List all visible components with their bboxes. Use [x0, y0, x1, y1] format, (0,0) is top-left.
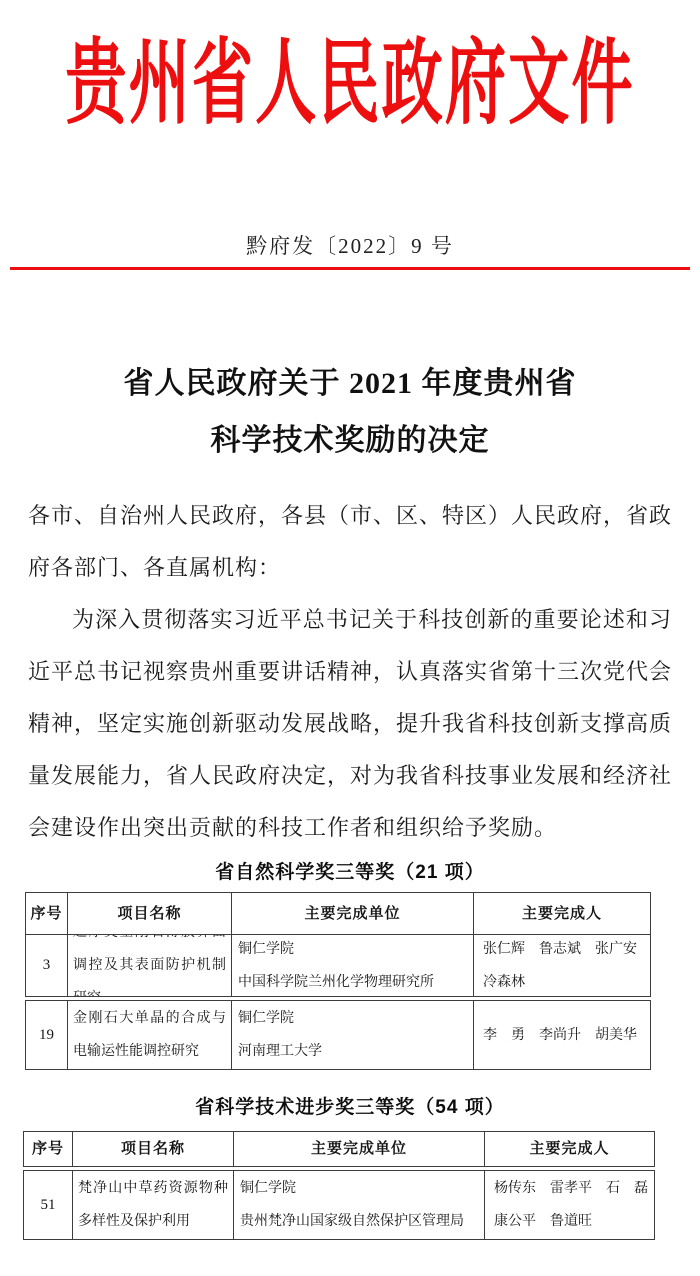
cell-units: 铜仁学院 中国科学院兰州化学物理研究所 [232, 935, 474, 996]
document-body: 各市、自治州人民政府，各县（市、区、特区）人民政府，省政府各部门、各直属机构： … [28, 490, 672, 854]
cell-serial: 51 [24, 1171, 73, 1239]
header-cell-project: 项目名称 [68, 893, 232, 934]
document-title-line2: 科学技术奖励的决定 [0, 412, 700, 469]
section1-title: 省自然科学奖三等奖（21 项） [0, 857, 700, 884]
unit-line: 中国科学院兰州化学物理研究所 [238, 966, 467, 997]
salutation: 各市、自治州人民政府，各县（市、区、特区）人民政府，省政府各部门、各直属机构： [28, 490, 672, 594]
cell-units: 铜仁学院 贵州梵净山国家级自然保护区管理局 [234, 1171, 485, 1239]
header-cell-people: 主要完成人 [474, 893, 650, 934]
person-line: 杨传东 雷孝平 石 磊 [494, 1172, 645, 1205]
person-line: 冷森林 [483, 966, 641, 997]
person-line: 张仁辉 鲁志斌 张广安 [483, 935, 641, 966]
sci-tech-progress-awards-table: 序号 项目名称 主要完成单位 主要完成人 51 梵净山中草药资源物种多样性及保护… [23, 1131, 655, 1240]
document-title-line1: 省人民政府关于 2021 年度贵州省 [0, 355, 700, 412]
cell-units: 铜仁学院 河南理工大学 [232, 1001, 474, 1069]
body-paragraph: 为深入贯彻落实习近平总书记关于科技创新的重要论述和习近平总书记视察贵州重要讲话精… [28, 594, 672, 854]
cell-people: 李 勇 李尚升 胡美华 [474, 1001, 650, 1069]
header-cell-serial: 序号 [26, 893, 68, 934]
unit-line: 铜仁学院 [238, 935, 467, 966]
section2-title: 省科学技术进步奖三等奖（54 项） [0, 1092, 700, 1119]
table-row: 51 梵净山中草药资源物种多样性及保护利用 铜仁学院 贵州梵净山国家级自然保护区… [24, 1171, 654, 1239]
natural-science-awards-table: 序号 项目名称 主要完成单位 主要完成人 3 超厚类金刚石薄膜界面调控及其表面防… [25, 892, 651, 1070]
header-cell-project: 项目名称 [73, 1132, 234, 1166]
red-divider [10, 267, 690, 270]
table-block: 19 金刚石大单晶的合成与电输运性能调控研究 铜仁学院 河南理工大学 李 勇 李… [25, 1000, 651, 1070]
cell-serial: 19 [26, 1001, 68, 1069]
table-row: 19 金刚石大单晶的合成与电输运性能调控研究 铜仁学院 河南理工大学 李 勇 李… [26, 1001, 650, 1069]
table-block: 51 梵净山中草药资源物种多样性及保护利用 铜仁学院 贵州梵净山国家级自然保护区… [23, 1170, 655, 1240]
cell-serial: 3 [26, 935, 68, 996]
masthead: 贵州省人民政府文件 [0, 32, 700, 136]
cell-project: 金刚石大单晶的合成与电输运性能调控研究 [68, 1001, 232, 1069]
doc-number: 黔府发〔2022〕9 号 [0, 230, 700, 260]
cell-project: 超厚类金刚石薄膜界面调控及其表面防护机制研究 [68, 935, 232, 996]
document-title: 省人民政府关于 2021 年度贵州省 科学技术奖励的决定 [0, 355, 700, 469]
document-page: 贵州省人民政府文件 黔府发〔2022〕9 号 省人民政府关于 2021 年度贵州… [0, 0, 700, 1276]
cell-people: 杨传东 雷孝平 石 磊 康公平 鲁道旺 [485, 1171, 654, 1239]
header-cell-people: 主要完成人 [485, 1132, 654, 1166]
person-line: 李 勇 李尚升 胡美华 [483, 1019, 641, 1052]
table-block: 序号 项目名称 主要完成单位 主要完成人 [23, 1131, 655, 1167]
header-cell-units: 主要完成单位 [234, 1132, 485, 1166]
cell-people: 张仁辉 鲁志斌 张广安 冷森林 [474, 935, 650, 996]
table-block: 序号 项目名称 主要完成单位 主要完成人 3 超厚类金刚石薄膜界面调控及其表面防… [25, 892, 651, 997]
unit-line: 铜仁学院 [238, 1002, 467, 1035]
unit-line: 贵州梵净山国家级自然保护区管理局 [240, 1205, 478, 1238]
masthead-title: 贵州省人民政府文件 [65, 38, 634, 131]
table-header-row: 序号 项目名称 主要完成单位 主要完成人 [26, 893, 650, 934]
table-header-row: 序号 项目名称 主要完成单位 主要完成人 [24, 1132, 654, 1166]
table-row: 3 超厚类金刚石薄膜界面调控及其表面防护机制研究 铜仁学院 中国科学院兰州化学物… [26, 934, 650, 996]
unit-line: 铜仁学院 [240, 1172, 478, 1205]
cell-project: 梵净山中草药资源物种多样性及保护利用 [73, 1171, 234, 1239]
person-line: 康公平 鲁道旺 [494, 1205, 645, 1238]
unit-line: 河南理工大学 [238, 1035, 467, 1068]
header-cell-units: 主要完成单位 [232, 893, 474, 934]
header-cell-serial: 序号 [24, 1132, 73, 1166]
